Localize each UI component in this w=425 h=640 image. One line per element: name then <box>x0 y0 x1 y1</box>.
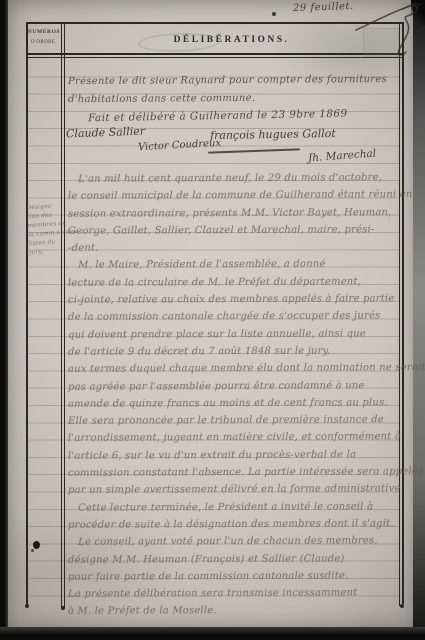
manuscript-line: à M. le Préfet de la Moselle. <box>68 602 404 621</box>
manuscript-line: Le conseil, ayant voté pour l'un de chac… <box>68 532 404 551</box>
signature-3: françois hugues Gallot <box>210 127 336 142</box>
manuscript-line: pas agréée par l'assemblée pourra être c… <box>68 377 404 396</box>
manuscript-line: d'habitations dans cette commune. <box>68 89 404 109</box>
frame-top-border <box>26 22 404 24</box>
manuscript-line: commission constatant l'absence. La part… <box>68 463 404 482</box>
manuscript-line: lecture de la circulaire de M. le Préfet… <box>68 273 404 292</box>
order-column-divider-inner <box>64 22 65 608</box>
manuscript-line: L'an mil huit cent quarante neuf, le 29 … <box>68 169 404 188</box>
manuscript-line: amende de quinze francs au moins et de c… <box>68 394 404 413</box>
manuscript-line: qui doivent prendre place sur la liste a… <box>68 325 404 344</box>
scan-bottom-edge <box>0 627 425 640</box>
order-header-line1: NUMÉROS <box>26 29 62 35</box>
ink-blot-small <box>31 549 34 552</box>
paraph-flourish-icon <box>352 0 424 66</box>
deliberation-body: L'an mil huit cent quarante neuf, le 29 … <box>68 170 404 620</box>
manuscript-line: procéder de suite à la désignation des m… <box>68 515 404 534</box>
manuscript-line: Présente le dit sieur Raynard pour compt… <box>68 71 404 91</box>
rule-end-blob <box>25 604 29 608</box>
order-header-line2: D'ORDRE. <box>26 40 62 45</box>
manuscript-line: désigne M.M. Heuman (François) et Sallie… <box>68 550 404 569</box>
ink-speck <box>272 12 276 16</box>
manuscript-line: Cette lecture terminée, le Président a i… <box>68 498 404 517</box>
manuscript-line: par un simple avertissement délivré en l… <box>68 480 404 499</box>
manuscript-line: le conseil municipal de la commune de Gu… <box>68 186 404 205</box>
manuscript-line: de la commission cantonale chargée de s'… <box>68 307 404 326</box>
header-separator-thick <box>26 53 404 55</box>
scan-right-edge <box>413 0 425 640</box>
register-page-scan: NUMÉROS D'ORDRE. DÉLIBÉRATIONS. 29 feuil… <box>0 0 425 640</box>
rule-end-blob <box>61 606 65 610</box>
manuscript-line: M. le Maire, Président de l'assemblée, a… <box>68 256 404 275</box>
signature-1: Claude Sallier <box>66 125 145 141</box>
previous-entry-closing: Présente le dit sieur Raynard pour compt… <box>68 72 404 108</box>
margin-annotation: Désigna-tion desmembres dela comm.on des… <box>26 202 66 258</box>
manuscript-line: George, Gaillet, Sallier, Clauzel et Mar… <box>68 221 404 240</box>
order-column-divider <box>61 22 62 608</box>
manuscript-line: session extraordinaire, présents M.M. Vi… <box>68 204 404 223</box>
order-number-column-header: NUMÉROS D'ORDRE. <box>26 29 62 45</box>
ink-blot <box>33 541 40 549</box>
deliberations-header: DÉLIBÉRATIONS. <box>64 35 399 45</box>
manuscript-line: l'arrondissement, jugeant en matière civ… <box>68 429 404 448</box>
manuscript-line: de l'article 9 du décret du 7 août 1848 … <box>68 342 404 361</box>
scan-left-edge <box>0 0 8 640</box>
header-separator-thin <box>26 57 404 58</box>
manuscript-line: aux termes duquel chaque membre élu dont… <box>68 359 404 378</box>
folio-number: 29 feuillet. <box>293 1 354 14</box>
frame-left-border <box>26 22 28 606</box>
manuscript-line: pour faire partie de la commission canto… <box>68 567 404 586</box>
manuscript-line: l'article 6, sur le vu d'un extrait du p… <box>68 446 404 465</box>
